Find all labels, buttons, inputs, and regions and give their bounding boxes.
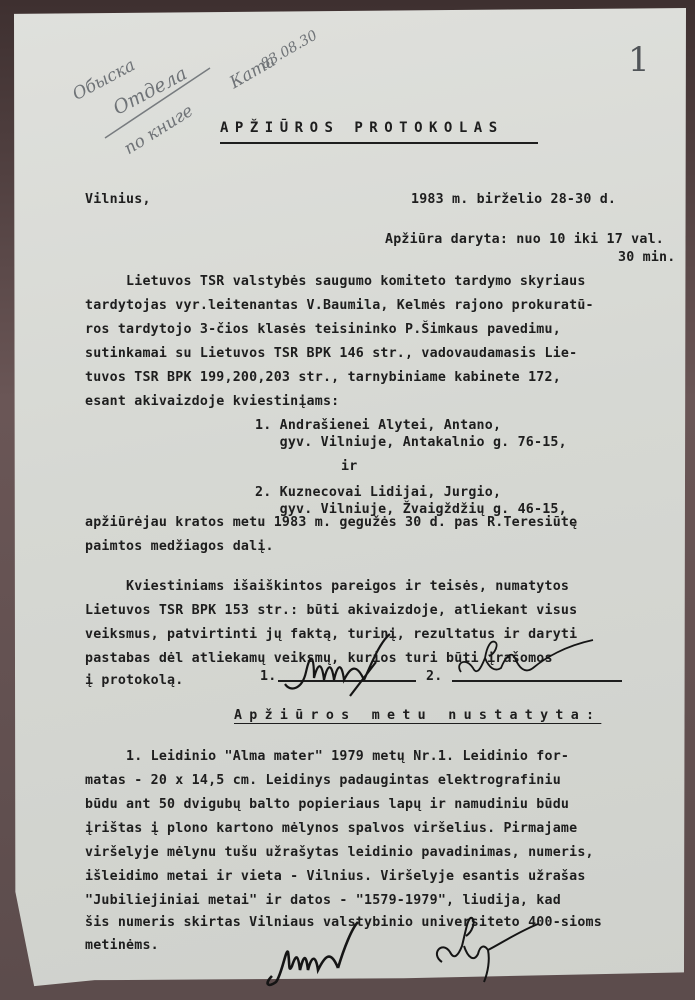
text-line: viršelyje mėlynu tušu užrašytas leidinio… xyxy=(85,841,594,865)
text-line: matas - 20 x 14,5 cm. Leidinys padaugint… xyxy=(85,769,561,793)
bottom-signature-2-icon xyxy=(428,910,548,990)
text-line: esant akivaizdoje kviestinįams: xyxy=(85,390,339,414)
text-line: ros tardytojo 3-čios klasės teisininko P… xyxy=(85,318,561,342)
text-line: tardytojas vyr.leitenantas V.Baumila, Ke… xyxy=(85,294,594,318)
signature-label-2: 2. xyxy=(426,665,442,689)
text-line: įrištas į plono kartono mėlynos spalvos … xyxy=(85,817,577,841)
conjunction: ir xyxy=(341,455,357,479)
witness-1-name: 1. Andrašienei Alytei, Antano, xyxy=(255,417,501,434)
document-title: APŽIŪROS PROTOKOLAS xyxy=(220,120,538,144)
text-line: metinėms. xyxy=(85,934,159,958)
text-line: būdu ant 50 dvigubų balto popieriaus lap… xyxy=(85,793,569,817)
text-line: apžiūrėjau kratos metu 1983 m. gegužės 3… xyxy=(85,511,577,535)
handwritten-strike-line xyxy=(100,60,220,140)
signature-label-1: 1. xyxy=(260,665,276,689)
witness-1-address: gyv. Vilniuje, Antakalnio g. 76-15, xyxy=(255,434,567,451)
bottom-signature-1-icon xyxy=(262,918,362,990)
signature-1-icon xyxy=(280,632,420,702)
text-line: tuvos TSR BPK 199,200,203 str., tarnybin… xyxy=(85,366,561,390)
text-line: Lietuvos TSR BPK 153 str.: būti akivaizd… xyxy=(85,599,577,623)
text-line: 1. Leidinio "Alma mater" 1979 metų Nr.1.… xyxy=(85,745,569,769)
text-line: paimtos medžiagos dalį. xyxy=(85,535,274,559)
page-number: 1 xyxy=(628,40,650,80)
signature-2-icon xyxy=(455,628,605,688)
date: 1983 m. birželio 28-30 d. xyxy=(411,188,616,212)
witness-2-name: 2. Kuznecovai Lidijai, Jurgio, xyxy=(255,484,501,501)
text-line: sutinkamai su Lietuvos TSR BPK 146 str.,… xyxy=(85,342,577,366)
text-line: išleidimo metai ir vieta - Vilnius. Virš… xyxy=(85,865,586,889)
text-line: Kviestiniams išaiškintos pareigos ir tei… xyxy=(85,575,569,599)
section-heading: Apžiūros metu nustatyta: xyxy=(234,708,601,723)
place: Vilnius, xyxy=(85,188,151,212)
examination-time-minutes: 30 min. xyxy=(618,246,675,270)
text-line: į protokolą. xyxy=(85,669,183,693)
text-line: Lietuvos TSR valstybės saugumo komiteto … xyxy=(85,270,586,294)
